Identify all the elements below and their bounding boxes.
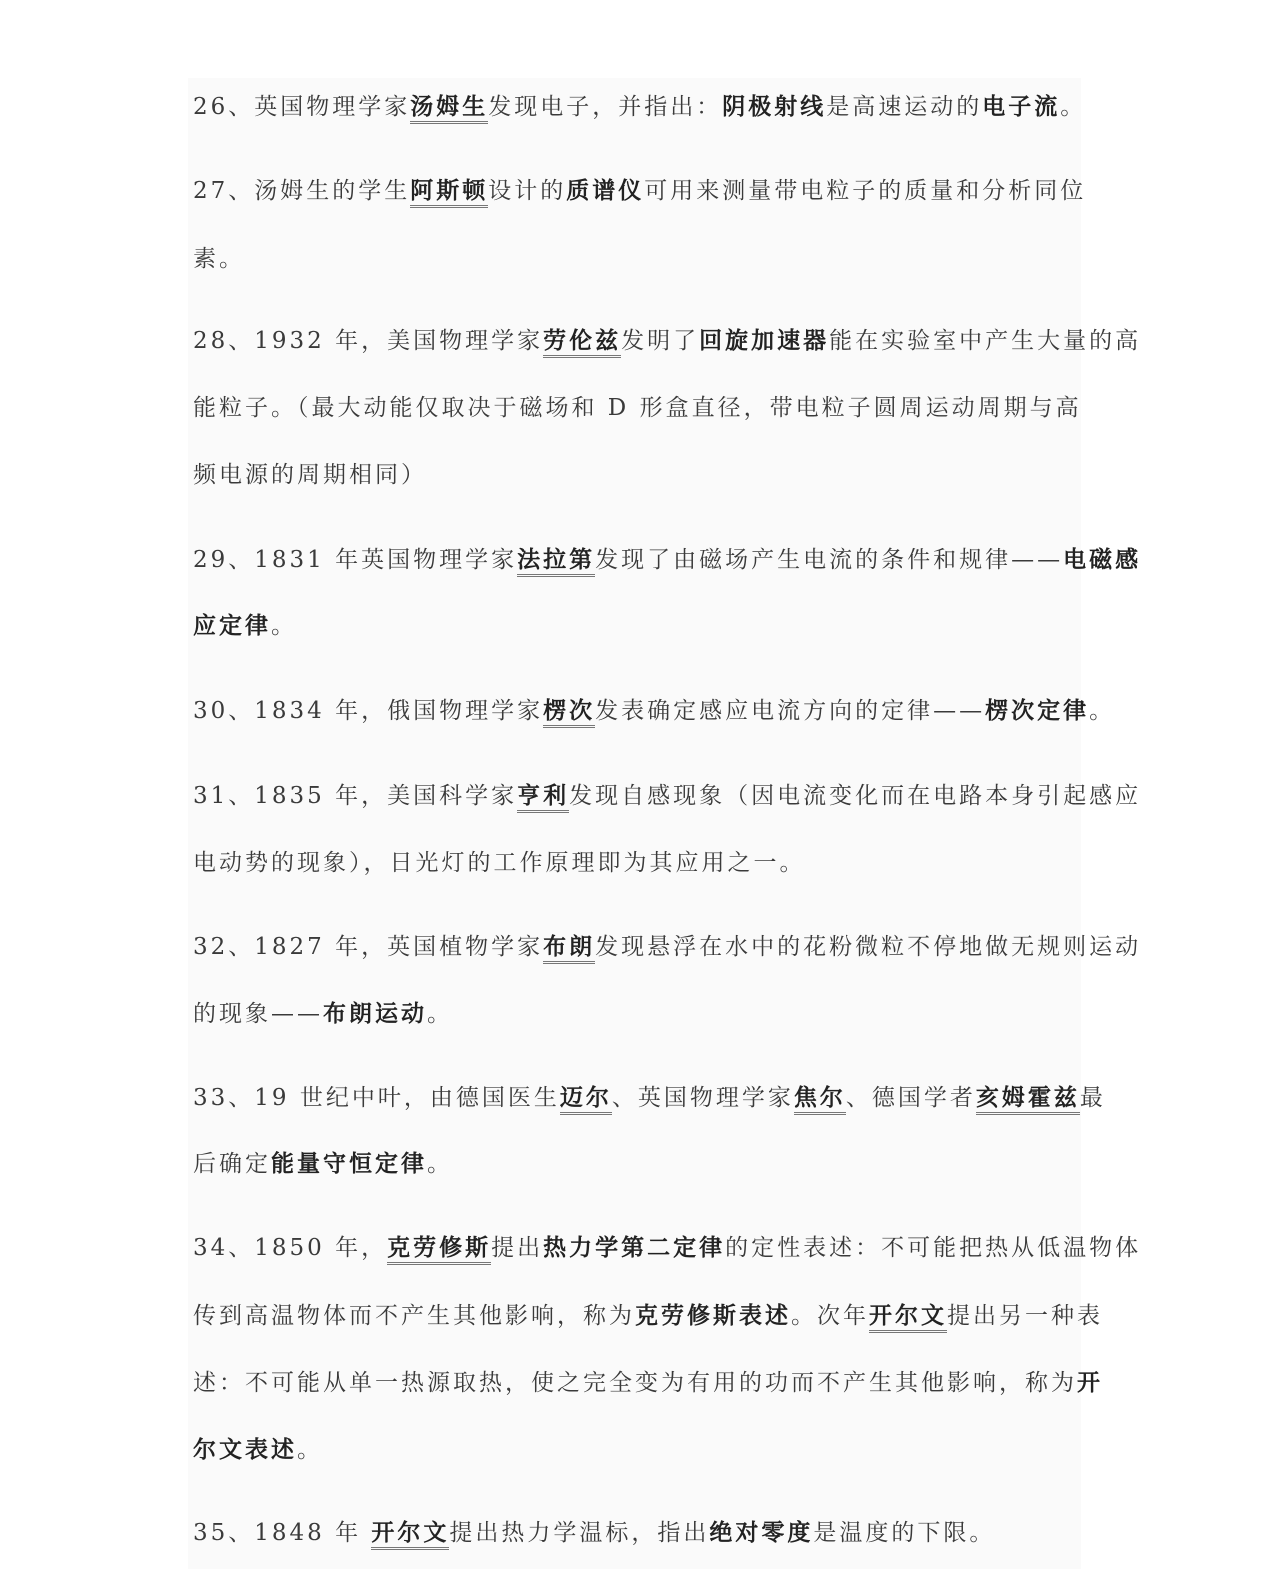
scientist-name: 迈尔 — [560, 1084, 612, 1115]
text-segment: 29、1831 年英国物理学家 — [193, 547, 517, 573]
text-line: 32、1827 年，英国植物学家布朗发现悬浮在水中的花粉微粒不停地做无规则运动 — [193, 928, 1141, 961]
text-segment: 频电源的周期相同） — [193, 462, 427, 488]
scientist-name: 布朗 — [543, 933, 595, 964]
text-line: 27、汤姆生的学生阿斯顿设计的质谱仪可用来测量带电粒子的质量和分析同位 — [193, 172, 1086, 205]
text-line: 26、英国物理学家汤姆生发现电子，并指出：阴极射线是高速运动的电子流。 — [193, 88, 1086, 121]
scientist-name: 开尔文 — [869, 1302, 947, 1333]
text-segment: 述：不可能从单一热源取热，使之完全变为有用的功而不产生其他影响，称为 — [193, 1370, 1077, 1396]
key-term: 阴极射线 — [722, 93, 826, 120]
text-line: 33、19 世纪中叶，由德国医生迈尔、英国物理学家焦尔、德国学者亥姆霍兹最 — [193, 1079, 1106, 1112]
scientist-name: 法拉第 — [517, 546, 595, 577]
text-segment: 后确定 — [193, 1151, 271, 1177]
text-line: 频电源的周期相同） — [193, 456, 427, 489]
scientist-name: 阿斯顿 — [410, 177, 488, 208]
text-segment: 。 — [1060, 94, 1086, 120]
text-segment: 26、英国物理学家 — [193, 94, 410, 120]
text-segment: 32、1827 年，英国植物学家 — [193, 934, 543, 960]
text-line: 28、1932 年，美国物理学家劳伦兹发明了回旋加速器能在实验室中产生大量的高 — [193, 322, 1141, 355]
key-term: 应定律 — [193, 612, 271, 639]
key-term: 电子流 — [982, 93, 1060, 120]
text-segment: 发现悬浮在水中的花粉微粒不停地做无规则运动 — [595, 934, 1141, 960]
text-segment: 31、1835 年，美国科学家 — [193, 783, 517, 809]
key-term: 楞次定律 — [985, 697, 1089, 724]
text-segment: 。 — [427, 1001, 453, 1027]
text-segment: 、英国物理学家 — [612, 1085, 794, 1111]
text-segment: 。 — [1089, 698, 1115, 724]
scientist-name: 焦尔 — [794, 1084, 846, 1115]
text-segment: 、德国学者 — [846, 1085, 976, 1111]
text-line: 应定律。 — [193, 607, 297, 640]
text-segment: 30、1834 年，俄国物理学家 — [193, 698, 543, 724]
text-segment: 33、19 世纪中叶，由德国医生 — [193, 1085, 560, 1111]
text-line: 31、1835 年，美国科学家亨利发现自感现象（因电流变化而在电路本身引起感应 — [193, 777, 1141, 810]
key-term: 电磁感 — [1063, 546, 1141, 573]
text-segment: 发现了由磁场产生电流的条件和规律—— — [595, 547, 1063, 573]
text-line: 30、1834 年，俄国物理学家楞次发表确定感应电流方向的定律——楞次定律。 — [193, 692, 1115, 725]
key-term: 能量守恒定律 — [271, 1150, 427, 1177]
text-segment: 。 — [271, 613, 297, 639]
text-segment: 。 — [297, 1437, 323, 1463]
text-segment: 发现电子，并指出： — [488, 94, 722, 120]
scientist-name: 克劳修斯 — [387, 1234, 491, 1265]
text-segment: 。 — [427, 1151, 453, 1177]
text-line: 述：不可能从单一热源取热，使之完全变为有用的功而不产生其他影响，称为开 — [193, 1364, 1103, 1397]
key-term: 开 — [1077, 1369, 1103, 1396]
text-segment: 27、汤姆生的学生 — [193, 178, 410, 204]
text-segment: 28、1932 年，美国物理学家 — [193, 328, 543, 354]
text-segment: 发明了 — [621, 328, 699, 354]
text-segment: 是温度的下限。 — [813, 1520, 995, 1546]
text-segment: 是高速运动的 — [826, 94, 982, 120]
text-segment: 提出热力学温标，指出 — [449, 1520, 709, 1546]
text-segment: 能在实验室中产生大量的高 — [829, 328, 1141, 354]
text-line: 尔文表述。 — [193, 1431, 323, 1464]
text-line: 电动势的现象），日光灯的工作原理即为其应用之一。 — [193, 844, 806, 877]
text-segment: 提出 — [491, 1235, 543, 1261]
text-segment: 发表确定感应电流方向的定律—— — [595, 698, 985, 724]
key-term: 热力学第二定律 — [543, 1234, 725, 1261]
text-segment: 。次年 — [791, 1303, 869, 1329]
key-term: 布朗运动 — [323, 1000, 427, 1027]
text-line: 35、1848 年 开尔文提出热力学温标，指出绝对零度是温度的下限。 — [193, 1514, 995, 1547]
document-page: 26、英国物理学家汤姆生发现电子，并指出：阴极射线是高速运动的电子流。27、汤姆… — [188, 78, 1081, 1569]
scientist-name: 亨利 — [517, 782, 569, 813]
text-segment: 34、1850 年， — [193, 1235, 387, 1261]
text-segment: 的现象—— — [193, 1001, 323, 1027]
text-segment: 素。 — [193, 246, 245, 272]
text-line: 素。 — [193, 240, 245, 273]
text-line: 的现象——布朗运动。 — [193, 995, 453, 1028]
text-segment: 提出另一种表 — [947, 1303, 1103, 1329]
text-line: 后确定能量守恒定律。 — [193, 1145, 453, 1178]
key-term: 绝对零度 — [709, 1519, 813, 1546]
text-line: 34、1850 年，克劳修斯提出热力学第二定律的定性表述：不可能把热从低温物体 — [193, 1229, 1141, 1262]
text-segment: 设计的 — [488, 178, 566, 204]
key-term: 质谱仪 — [566, 177, 644, 204]
text-segment: 可用来测量带电粒子的质量和分析同位 — [644, 178, 1086, 204]
scientist-name: 开尔文 — [371, 1519, 449, 1550]
text-line: 传到高温物体而不产生其他影响，称为克劳修斯表述。次年开尔文提出另一种表 — [193, 1297, 1103, 1330]
scientist-name: 劳伦兹 — [543, 327, 621, 358]
scientist-name: 亥姆霍兹 — [976, 1084, 1080, 1115]
text-segment: 传到高温物体而不产生其他影响，称为 — [193, 1303, 635, 1329]
key-term: 克劳修斯表述 — [635, 1302, 791, 1329]
text-segment: 发现自感现象（因电流变化而在电路本身引起感应 — [569, 783, 1141, 809]
scientist-name: 楞次 — [543, 697, 595, 728]
key-term: 尔文表述 — [193, 1436, 297, 1463]
text-segment: 电动势的现象），日光灯的工作原理即为其应用之一。 — [193, 850, 806, 876]
text-segment: 能粒子。（最大动能仅取决于磁场和 D 形盒直径，带电粒子圆周运动周期与高 — [193, 395, 1082, 421]
scientist-name: 汤姆生 — [410, 93, 488, 124]
text-segment: 的定性表述：不可能把热从低温物体 — [725, 1235, 1141, 1261]
text-segment: 最 — [1080, 1085, 1106, 1111]
text-segment: 35、1848 年 — [193, 1520, 371, 1546]
text-line: 能粒子。（最大动能仅取决于磁场和 D 形盒直径，带电粒子圆周运动周期与高 — [193, 389, 1082, 422]
key-term: 回旋加速器 — [699, 327, 829, 354]
text-line: 29、1831 年英国物理学家法拉第发现了由磁场产生电流的条件和规律——电磁感 — [193, 541, 1141, 574]
